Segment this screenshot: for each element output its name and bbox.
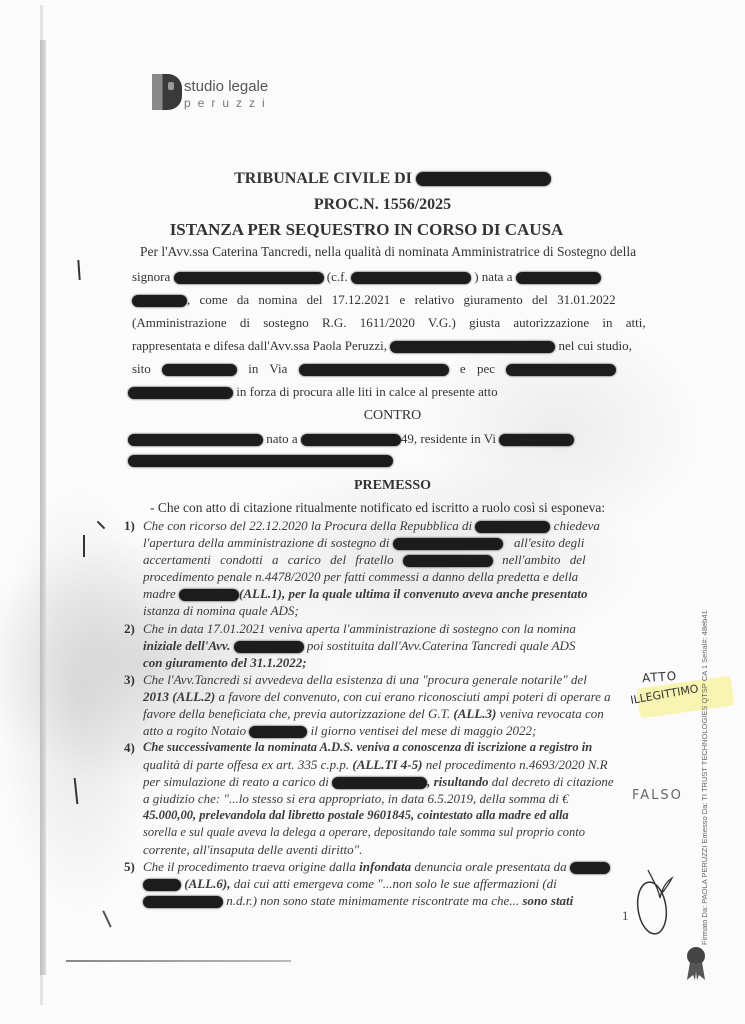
item-1-line-3: accertamenti condotti a carico del frate… xyxy=(143,552,586,568)
item-number: 3) xyxy=(124,672,135,688)
premesso-lead: - Che con atto di citazione ritualmente … xyxy=(150,500,605,516)
item-1-line-2: l'apertura della amministrazione di sost… xyxy=(143,535,584,551)
text: sono stati xyxy=(522,893,573,908)
intro-line-3: , come da nomina del 17.12.2021 e relati… xyxy=(132,292,616,308)
redaction xyxy=(249,726,307,738)
contro-line-1: nato a 49, residente in Vi xyxy=(128,431,574,447)
contro-label: CONTRO xyxy=(0,408,745,424)
redaction xyxy=(475,521,550,533)
text: favore della beneficiata che, previa aut… xyxy=(143,706,450,721)
text: sito xyxy=(132,361,151,376)
redaction xyxy=(416,172,551,186)
document-title: ISTANZA PER SEQUESTRO IN CORSO DI CAUSA xyxy=(0,220,739,240)
item-number: 1) xyxy=(124,518,135,534)
redaction xyxy=(516,272,601,284)
item-1-line-6: istanza di nomina quale ADS; xyxy=(143,603,299,619)
item-5-line-2: (ALL.6), dai cui atti emergeva come "...… xyxy=(143,876,557,892)
text: (ALL.6), xyxy=(184,876,230,891)
intro-line-5: rappresentata e difesa dall'Avv.ssa Paol… xyxy=(132,338,632,354)
intro-line-2: signora (c.f. ) nata a xyxy=(132,269,652,285)
intro-line-1: Per l'Avv.ssa Caterina Tancredi, nella q… xyxy=(140,244,636,260)
item-3-line-2: 2013 (ALL.2) a favore del convenuto, con… xyxy=(143,689,611,705)
redaction xyxy=(499,434,574,446)
item-4-line-4: a giudizio che: "...lo stesso si era app… xyxy=(143,791,569,807)
proc-number: PROC.N. 1556/2025 xyxy=(0,196,745,214)
item-number: 2) xyxy=(124,621,135,637)
item-1-line-4: procedimento penale n.4478/2020 per fatt… xyxy=(143,569,578,585)
intro-line-6: sito in Via e pec xyxy=(132,361,616,377)
logo-studio-legale: studio legale xyxy=(184,78,268,95)
digital-signature-stamp: Firmato Da: PAOLA PERUZZI Emesso Da: TI … xyxy=(700,610,709,945)
redaction xyxy=(143,879,181,891)
text: (ALL.3) xyxy=(453,706,496,721)
text: nato a xyxy=(266,431,297,446)
text: madre xyxy=(143,586,176,601)
text: Che il procedimento traeva origine dalla xyxy=(143,859,356,874)
redaction xyxy=(403,555,493,567)
redaction xyxy=(162,364,237,376)
redaction xyxy=(393,538,503,550)
intro-line-4: (Amministrazione di sostegno R.G. 1611/2… xyxy=(132,315,646,331)
text: il giorno ventisei del mese di maggio 20… xyxy=(311,723,537,738)
redaction xyxy=(143,896,223,908)
redaction xyxy=(128,387,233,399)
redaction xyxy=(174,272,324,284)
page-number: 1 xyxy=(622,908,629,924)
text: l'apertura della amministrazione di sost… xyxy=(143,535,390,550)
redaction xyxy=(299,364,449,376)
text: (ALL.TI 4-5) xyxy=(352,757,422,772)
item-2-line-1: Che in data 17.01.2021 veniva aperta l'a… xyxy=(143,621,576,637)
text: qualità di parte offesa ex art. 335 c.p.… xyxy=(143,757,349,772)
contro-line-2 xyxy=(128,452,393,468)
letterhead-logo: studio legale peruzzi xyxy=(152,74,352,114)
text: ) nata a xyxy=(474,269,512,284)
redaction xyxy=(132,295,187,307)
redaction xyxy=(128,434,263,446)
text: denuncia orale presentata da xyxy=(414,859,566,874)
intro-line-7: in forza di procura alle liti in calce a… xyxy=(128,384,498,400)
text: dal decreto di citazione xyxy=(492,774,614,789)
margin-tick-mark xyxy=(83,535,85,557)
text: dai cui atti emergeva come "...non solo … xyxy=(234,876,557,891)
item-3-line-3: favore della beneficiata che, previa aut… xyxy=(143,706,604,722)
redaction xyxy=(179,589,239,601)
text: e pec xyxy=(460,361,495,376)
item-5-line-1: Che il procedimento traeva origine dalla… xyxy=(143,859,610,875)
premesso-label: PREMESSO xyxy=(0,478,745,494)
text: iniziale dell'Avv. xyxy=(143,638,230,653)
text: veniva revocata con xyxy=(500,706,604,721)
text: atto a rogito Notaio xyxy=(143,723,246,738)
text: nel cui studio, xyxy=(559,338,632,353)
text: , risultando xyxy=(427,774,488,789)
text: in Via xyxy=(248,361,287,376)
logo-p-mark-icon xyxy=(152,74,182,110)
logo-peruzzi: peruzzi xyxy=(184,96,272,110)
text: Che con ricorso del 22.12.2020 la Procur… xyxy=(143,518,472,533)
text: 2013 xyxy=(143,689,169,704)
item-1-line-1: Che con ricorso del 22.12.2020 la Procur… xyxy=(143,518,600,534)
text: all'esito degli xyxy=(514,535,584,550)
redaction xyxy=(351,272,471,284)
item-3-line-4: atto a rogito Notaio il giorno ventisei … xyxy=(143,723,536,739)
text: signora xyxy=(132,269,170,284)
handwritten-atto: ATTO xyxy=(642,669,678,685)
item-4-line-3: per simulazione di reato a carico di , r… xyxy=(143,774,614,790)
text: poi sostituita dall'Avv.Caterina Tancred… xyxy=(307,638,576,653)
text: (c.f. xyxy=(327,269,348,284)
text: nell'ambito del xyxy=(502,552,586,567)
text: (ALL.2) xyxy=(172,689,215,704)
handwritten-falso: FALSO xyxy=(632,788,683,803)
item-2-line-2: iniziale dell'Avv. poi sostituita dall'A… xyxy=(143,638,575,654)
redaction xyxy=(234,641,304,653)
text: in forza di procura alle liti in calce a… xyxy=(236,384,497,399)
bottom-rule xyxy=(66,960,291,962)
text: per simulazione di reato a carico di xyxy=(143,774,329,789)
text: n.d.r.) non sono state minimamente risco… xyxy=(226,893,519,908)
text: a favore del convenuto, con cui erano ri… xyxy=(218,689,610,704)
redaction xyxy=(128,455,393,467)
redaction xyxy=(506,364,616,376)
text: 49, residente in Vi xyxy=(401,431,496,446)
redaction xyxy=(390,341,555,353)
text: rappresentata e difesa dall'Avv.ssa Paol… xyxy=(132,338,387,353)
redaction xyxy=(570,862,610,874)
redaction xyxy=(301,434,401,446)
handwritten-signature-icon xyxy=(630,868,680,938)
item-4-line-5: 45.000,00, prelevandola dal libretto pos… xyxy=(143,808,569,823)
item-4-line-7: corrente, all'insaputa delle aventi diri… xyxy=(143,842,362,858)
item-3-line-1: Che l'Avv.Tancredi si avvedeva della esi… xyxy=(143,672,587,688)
item-4-line-1: Che successivamente la nominata A.D.S. v… xyxy=(143,740,592,755)
item-5-line-3: n.d.r.) non sono state minimamente risco… xyxy=(143,893,573,909)
court-heading: TRIBUNALE CIVILE DI xyxy=(0,170,745,188)
text: accertamenti condotti a carico del frate… xyxy=(143,552,394,567)
text: (ALL.1), per la quale ultima il convenut… xyxy=(239,586,587,601)
item-number: 4) xyxy=(124,740,135,756)
digital-seal-ribbon-icon xyxy=(685,944,707,984)
item-4-line-2: qualità di parte offesa ex art. 335 c.p.… xyxy=(143,757,608,773)
item-2-line-3: con giuramento del 31.1.2022; xyxy=(143,655,307,671)
text: nel procedimento n.4693/2020 N.R xyxy=(426,757,608,772)
text: infondata xyxy=(359,859,411,874)
court-label: TRIBUNALE CIVILE DI xyxy=(234,170,412,187)
text: chiedeva xyxy=(554,518,600,533)
redaction xyxy=(332,777,427,789)
item-4-line-6: sorella e sul quale aveva la delega a op… xyxy=(143,825,585,840)
text: , come da nomina del 17.12.2021 e relati… xyxy=(187,292,616,307)
item-number: 5) xyxy=(124,859,135,875)
item-1-line-5: madre (ALL.1), per la quale ultima il co… xyxy=(143,586,587,602)
